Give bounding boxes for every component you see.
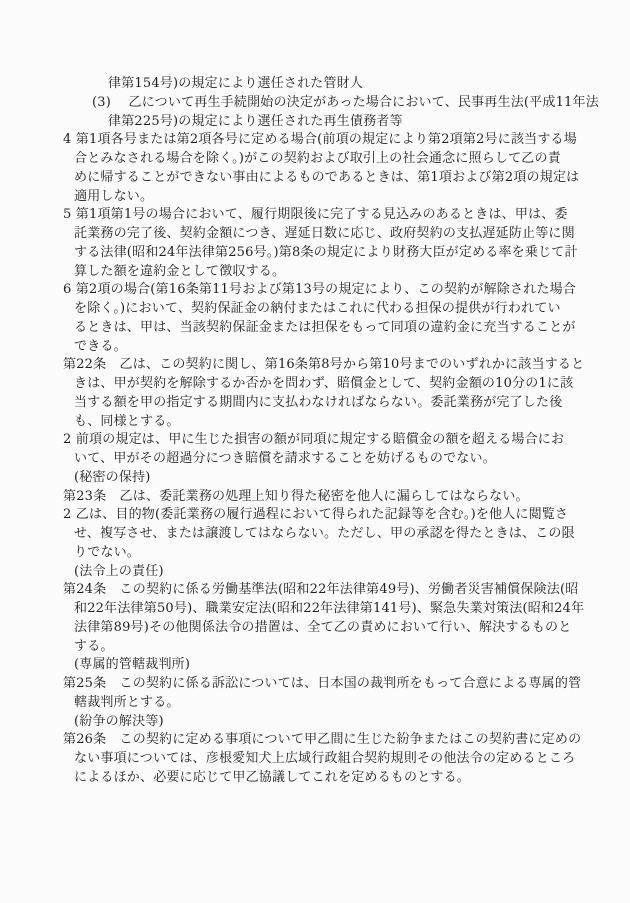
- document-line: りでない。: [63, 544, 573, 563]
- document-line: 第24条 この契約に係る労働基準法(昭和22年法律第49号)、労働者災害補償保険…: [63, 581, 573, 600]
- document-line: 第23条 乙は、委託業務の処理上知り得た秘密を他人に漏らしてはならない。: [63, 488, 573, 507]
- document-line: 律第154号)の規定により選任された管財人: [63, 75, 573, 94]
- document-line: (法令上の責任): [63, 563, 573, 582]
- document-line: 適用しない。: [63, 188, 573, 207]
- document-line: ない事項については、彦根愛知犬上広域行政組合契約規則その他法令の定めるところ: [63, 750, 573, 769]
- document-line: する法律(昭和24年法律第256号。)第8条の規定により財務大臣が定める率を乗じ…: [63, 244, 573, 263]
- document-line: (秘密の保持): [63, 469, 573, 488]
- document-line: るときは、甲は、当該契約保証金または担保をもって同項の違約金に充当することが: [63, 319, 573, 338]
- document-line: (紛争の解決等): [63, 713, 573, 732]
- document-line: せ、複写させ、または譲渡してはならない。ただし、甲の承認を得たときは、この限: [63, 525, 573, 544]
- contract-text-block: 律第154号)の規定により選任された管財人(3) 乙について再生手続開始の決定が…: [63, 75, 573, 788]
- document-line: (3) 乙について再生手続開始の決定があった場合において、民事再生法(平成11年…: [63, 94, 573, 113]
- document-line: 合とみなされる場合を除く。)がこの契約および取引上の社会通念に照らして乙の責: [63, 150, 573, 169]
- document-line: によるほか、必要に応じて甲乙協議してこれを定めるものとする。: [63, 769, 573, 788]
- document-line: (専属的管轄裁判所): [63, 656, 573, 675]
- document-line: 法律第89号)その他関係法令の措置は、全て乙の責めにおいて行い、解決するものと: [63, 619, 573, 638]
- document-line: 2 乙は、目的物(委託業務の履行過程において得られた記録等を含む。)を他人に閲覧…: [63, 506, 573, 525]
- document-line: 和22年法律第50号)、職業安定法(昭和22年法律第141号)、緊急失業対策法(…: [63, 600, 573, 619]
- document-line: 託業務の完了後、契約金額につき、遅延日数に応じ、政府契約の支払遅延防止等に関: [63, 225, 573, 244]
- document-line: 2 前項の規定は、甲に生じた損害の額が同項に規定する賠償金の額を超える場合にお: [63, 431, 573, 450]
- document-line: 5 第1項第1号の場合において、履行期限後に完了する見込みのあるときは、甲は、委: [63, 206, 573, 225]
- document-line: 律第225号)の規定により選任された再生債務者等: [63, 113, 573, 132]
- document-line: 4 第1項各号または第2項各号に定める場合(前項の規定により第2項第2号に該当す…: [63, 131, 573, 150]
- document-line: 6 第2項の場合(第16条第11号および第13号の規定により、この契約が解除され…: [63, 281, 573, 300]
- document-line: 第25条 この契約に係る訴訟については、日本国の裁判所をもって合意による専属的管: [63, 675, 573, 694]
- document-line: いて、甲がその超過分につき賠償を請求することを妨げるものでない。: [63, 450, 573, 469]
- document-page: 律第154号)の規定により選任された管財人(3) 乙について再生手続開始の決定が…: [0, 0, 630, 903]
- document-line: できる。: [63, 338, 573, 357]
- document-line: 第22条 乙は、この契約に関し、第16条第8号から第10号までのいずれかに該当す…: [63, 356, 573, 375]
- document-line: 第26条 この契約に定める事項について甲乙間に生じた紛争またはこの契約書に定めの: [63, 731, 573, 750]
- document-line: も、同様とする。: [63, 413, 573, 432]
- document-line: 当する額を甲の指定する期間内に支払わなければならない。委託業務が完了した後: [63, 394, 573, 413]
- document-line: きは、甲が契約を解除するか否かを問わず、賠償金として、契約金額の10分の1に該: [63, 375, 573, 394]
- document-line: 轄裁判所とする。: [63, 694, 573, 713]
- document-line: する。: [63, 638, 573, 657]
- document-line: めに帰することができない事由によるものであるときは、第1項および第2項の規定は: [63, 169, 573, 188]
- document-line: 算した額を違約金として徴収する。: [63, 263, 573, 282]
- document-line: を除く。)において、契約保証金の納付またはこれに代わる担保の提供が行われてい: [63, 300, 573, 319]
